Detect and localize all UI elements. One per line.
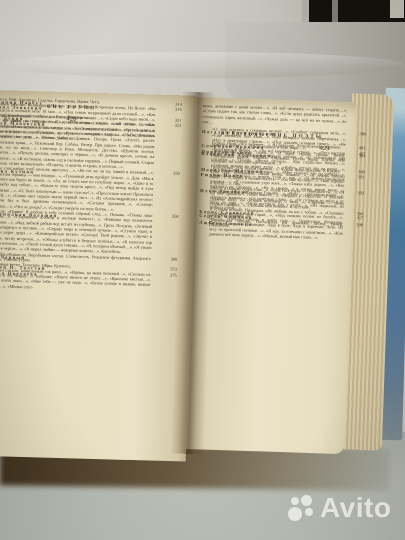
entry-works: Дождь. «Париж! Я люблю в тебе осенний ст… [0, 208, 179, 256]
avito-logo-circle [301, 495, 312, 506]
avito-logo-circle [291, 497, 299, 505]
toc-entries-left-bottom: Иван БунинОктябрьский рассвет. «Не видно… [0, 112, 181, 294]
entry-works: «Безответным рабом…», «Ты всё келейней и… [199, 146, 365, 215]
avito-logo-circle [288, 507, 302, 521]
avito-watermark: Avito [288, 491, 398, 531]
fabric-fold-highlight [0, 52, 405, 78]
avito-logo-circle [305, 508, 313, 516]
entry-page-ref: 358 [172, 213, 179, 219]
toc-entry: Сергей Клычков«Сегодня вечером над горой… [199, 210, 364, 242]
toc-continuation: ники, делившие с нами ночлег…», «В лоб ц… [202, 103, 367, 130]
entry-works: «Где слог найду, чтоб описать прогулку…»… [0, 165, 180, 213]
avito-watermark-text: Avito [320, 492, 391, 524]
entry-page-ref: 368 [171, 256, 178, 262]
entry-works: «Сегодня вечером над горой…», «Над низки… [199, 210, 364, 242]
background-streak [390, 0, 404, 18]
entry-page-ref: 350 [173, 171, 180, 177]
entry-page-ref: 417 [357, 215, 364, 221]
entry-page-ref: 316 [175, 107, 182, 113]
toc-entry: Николай Клюев«Безответным рабом…», «Ты в… [199, 146, 365, 215]
entry-page-ref: 380 [359, 132, 366, 138]
toc-entry: Михаил Кузмин«Где слог найду, чтоб описа… [0, 165, 180, 213]
left-page-contents: Владимир НарбутПасха. Вий. Архангел. Гад… [0, 96, 182, 126]
toc-entries-right-bottom: Спиридон ДрожжинРодина. Поле. «Всё зелен… [199, 140, 366, 241]
right-page-contents: ники, делившие с нами ночлег…», «В лоб ц… [201, 103, 366, 154]
toc-entry: Максимилиан ВолошинДождь. «Париж! Я любл… [0, 208, 179, 256]
photo-of-open-book: Владимир НарбутПасха. Вий. Архангел. Гад… [0, 0, 405, 540]
avito-logo-icon [288, 495, 318, 525]
entry-page-ref: 375 [170, 272, 177, 278]
